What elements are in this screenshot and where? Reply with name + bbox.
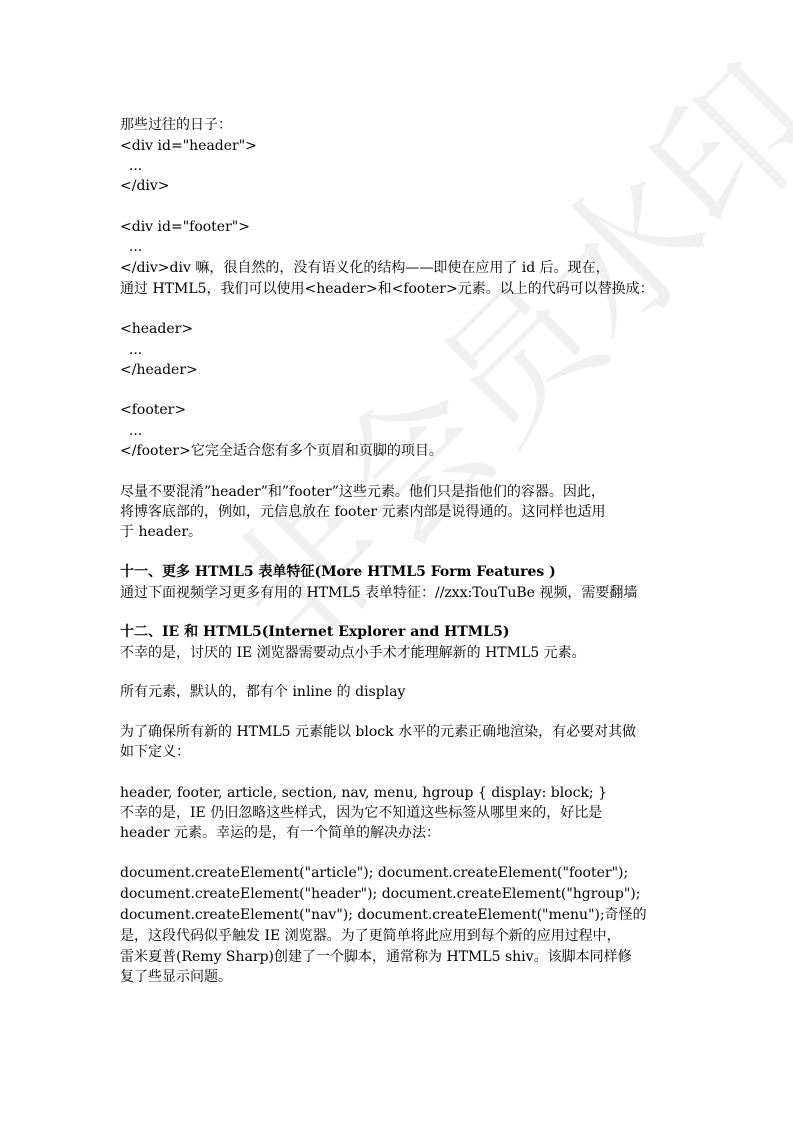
text-line: document.createElement("header"); docume… — [120, 884, 640, 904]
text-line: document.createElement("article"); docum… — [120, 863, 628, 883]
text-line: 所有元素，默认的，都有个 inline 的 display — [120, 682, 405, 702]
text-line: 是，这段代码似乎触发 IE 浏览器。为了更简单将此应用到每个新的应用过程中， — [120, 926, 621, 946]
text-line: 那些过往的日子： — [120, 115, 232, 135]
text-line: </div>div 嘛，很自然的，没有语义化的结构——即使在应用了 id 后。现… — [120, 258, 610, 278]
text-line: 为了确保所有新的 HTML5 元素能以 block 水平的元素正确地渲染，有必要… — [120, 722, 636, 742]
section-heading: 十二、IE 和 HTML5(Internet Explorer and HTML… — [120, 622, 509, 642]
text-line: 将博客底部的，例如，元信息放在 footer 元素内部是说得通的。这同样也适用 — [120, 502, 606, 522]
text-line: 于 header。 — [120, 522, 202, 542]
text-line: <div id="footer"> — [120, 217, 250, 237]
text-line: 尽量不要混淆”header”和”footer”这些元素。他们只是指他们的容器。因… — [120, 482, 605, 502]
text-line: ... — [120, 156, 142, 176]
text-line: <header> — [120, 319, 193, 339]
text-line: document.createElement("nav"); document.… — [120, 905, 647, 925]
text-line: header 元素。幸运的是，有一个简单的解决办法： — [120, 823, 440, 843]
text-line: <footer> — [120, 400, 186, 420]
text-line: ... — [120, 421, 142, 441]
text-line: 通过 HTML5，我们可以使用<header>和<footer>元素。以上的代码… — [120, 279, 654, 299]
text-line: </footer>它完全适合您有多个页眉和页脚的项目。 — [120, 441, 443, 461]
text-line: ... — [120, 237, 142, 257]
text-line: ... — [120, 340, 142, 360]
text-line: </header> — [120, 360, 198, 380]
text-line: 不幸的是，IE 仍旧忽略这些样式，因为它不知道这些标签从哪里来的，好比是 — [120, 803, 602, 823]
text-line: 雷米夏普(Remy Sharp)创建了一个脚本，通常称为 HTML5 shiv。… — [120, 947, 632, 967]
text-line: 不幸的是，讨厌的 IE 浏览器需要动点小手术才能理解新的 HTML5 元素。 — [120, 643, 586, 663]
text-line: <div id="header"> — [120, 136, 257, 156]
text-line: 通过下面视频学习更多有用的 HTML5 表单特征：//zxx:TouTuBe 视… — [120, 583, 637, 603]
text-line: 如下定义： — [120, 742, 190, 762]
text-line: header, footer, article, section, nav, m… — [120, 783, 607, 803]
text-line: 复了些显示问题。 — [120, 967, 232, 987]
text-line: </div> — [120, 176, 170, 196]
section-heading: 十一、更多 HTML5 表单特征(More HTML5 Form Feature… — [120, 562, 556, 582]
